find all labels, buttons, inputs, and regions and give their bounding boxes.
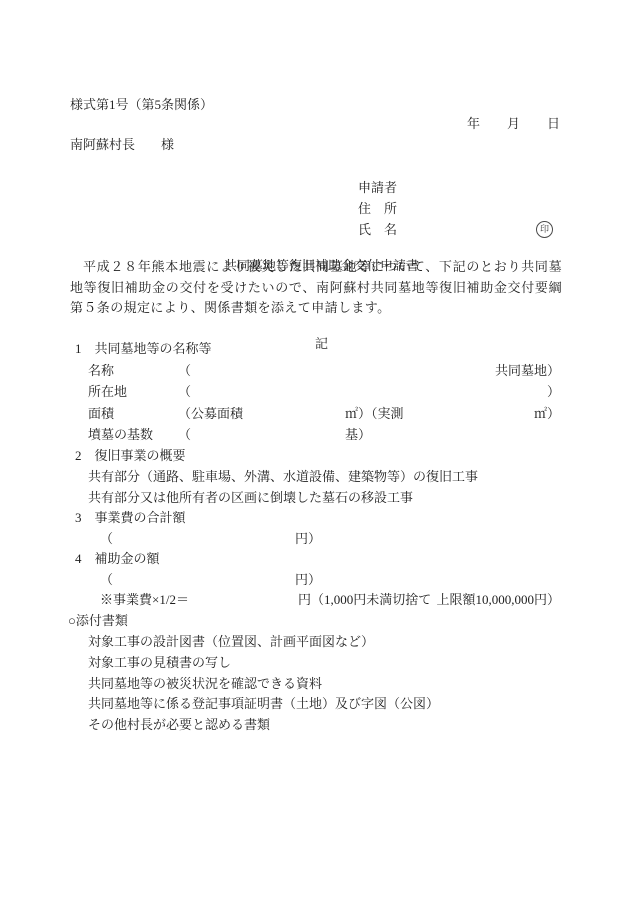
attachment-item-2-text: 対象工事の見積書の写し bbox=[88, 654, 231, 672]
graves-field-unit: 基） bbox=[345, 426, 371, 444]
attachment-item-5: その他村長が必要と認める書類 bbox=[0, 716, 630, 735]
attachment-item-4: 共同墓地等に係る登記事項証明書（土地）及び字図（公図） bbox=[0, 695, 630, 714]
section2-item-2-text: 共有部分又は他所有者の区画に倒壊した墓石の移設工事 bbox=[88, 489, 413, 507]
area-field-mid: ㎡）（実測 bbox=[345, 405, 404, 423]
attachment-item-1-text: 対象工事の設計図書（位置図、計画平面図など） bbox=[88, 633, 374, 651]
section3-unit: 円） bbox=[295, 530, 321, 548]
section4-formula: ※事業費×1/2＝ bbox=[100, 591, 189, 609]
section1-heading: 1 共同墓地等の名称等 bbox=[75, 340, 212, 358]
name-field-close: 共同墓地） bbox=[495, 362, 560, 380]
section2-item-1: 共有部分（通路、駐車場、外溝、水道設備、建築物等）の復旧工事 bbox=[0, 468, 630, 487]
field-row-area: 面積 （公募面積 ㎡）（実測 ㎡） bbox=[0, 405, 630, 424]
section4-unit: 円） bbox=[295, 571, 321, 589]
applicant-line: 申請者 bbox=[0, 179, 630, 198]
area-field-open: （公募面積 bbox=[178, 405, 243, 423]
form-number-line: 様式第1号（第5条関係） bbox=[0, 96, 630, 115]
section2-item-2: 共有部分又は他所有者の区画に倒壊した墓石の移設工事 bbox=[0, 489, 630, 508]
ki-marker: 記 bbox=[0, 317, 630, 336]
section4-formula-row: ※事業費×1/2＝ 円（1,000円未満切捨て 上限額10,000,000円） bbox=[0, 591, 630, 610]
section4-limit: 上限額10,000,000円） bbox=[436, 591, 560, 609]
section1-heading-line: 1 共同墓地等の名称等 bbox=[0, 340, 630, 359]
addressee-line: 南阿蘇村長 様 bbox=[0, 136, 630, 155]
form-number: 様式第1号（第5条関係） bbox=[70, 96, 213, 114]
section3-heading-line: 3 事業費の合計額 bbox=[0, 509, 630, 528]
attachment-item-2: 対象工事の見積書の写し bbox=[0, 654, 630, 673]
area-field-label: 面積 bbox=[88, 405, 114, 423]
field-row-name: 名称 （ 共同墓地） bbox=[0, 362, 630, 381]
date-year-label: 年 bbox=[467, 115, 480, 133]
location-field-close-paren: ） bbox=[547, 383, 560, 401]
section2-item-1-text: 共有部分（通路、駐車場、外溝、水道設備、建築物等）の復旧工事 bbox=[88, 468, 478, 486]
field-row-location: 所在地 （ ） bbox=[0, 383, 630, 402]
location-field-open-paren: （ bbox=[178, 383, 191, 401]
date-day-label: 日 bbox=[547, 115, 560, 133]
attachment-item-1: 対象工事の設計図書（位置図、計画平面図など） bbox=[0, 633, 630, 652]
attachments-heading: ○添付書類 bbox=[68, 612, 128, 630]
address-label: 住 所 bbox=[358, 200, 397, 218]
section4-heading: 4 補助金の額 bbox=[75, 550, 160, 568]
section3-open-paren: （ bbox=[100, 530, 113, 548]
document-title: 共同墓地等復旧補助金交付申請書 bbox=[0, 239, 630, 258]
date-month-label: 月 bbox=[507, 115, 520, 133]
field-row-graves: 墳墓の基数 （ 基） bbox=[0, 426, 630, 445]
section4-heading-line: 4 補助金の額 bbox=[0, 550, 630, 569]
section2-heading-line: 2 復旧事業の概要 bbox=[0, 447, 630, 466]
applicant-address-line: 住 所 bbox=[0, 200, 630, 219]
section4-open-paren: （ bbox=[100, 571, 113, 589]
graves-field-open-paren: （ bbox=[178, 426, 191, 444]
area-field-close: ㎡） bbox=[534, 405, 560, 423]
section2-heading: 2 復旧事業の概要 bbox=[75, 447, 186, 465]
section3-amount-row: （ 円） bbox=[0, 530, 630, 549]
section4-formula-unit: 円（1,000円未満切捨て bbox=[298, 591, 431, 609]
name-field-open-paren: （ bbox=[178, 362, 191, 380]
attachment-item-5-text: その他村長が必要と認める書類 bbox=[88, 716, 270, 734]
seal-mark-icon: 印 bbox=[536, 221, 553, 238]
section4-amount-row: （ 円） bbox=[0, 571, 630, 590]
location-field-label: 所在地 bbox=[88, 383, 127, 401]
attachment-item-4-text: 共同墓地等に係る登記事項証明書（土地）及び字図（公図） bbox=[88, 695, 439, 713]
graves-field-label: 墳墓の基数 bbox=[88, 426, 153, 444]
section3-heading: 3 事業費の合計額 bbox=[75, 509, 186, 527]
application-form-page: 様式第1号（第5条関係） 年 月 日 南阿蘇村長 様 申請者 住 所 氏 名 印… bbox=[0, 0, 630, 915]
date-line: 年 月 日 bbox=[467, 115, 560, 133]
attachment-item-3: 共同墓地等の被災状況を確認できる資料 bbox=[0, 675, 630, 694]
body-paragraph: 平成２８年熊本地震により被災した共同墓地等について、下記のとおり共同墓地等復旧補… bbox=[70, 257, 562, 319]
name-label: 氏 名 bbox=[358, 221, 397, 239]
addressee: 南阿蘇村長 様 bbox=[70, 136, 174, 154]
attachments-heading-line: ○添付書類 bbox=[0, 612, 630, 631]
attachment-item-3-text: 共同墓地等の被災状況を確認できる資料 bbox=[88, 675, 322, 693]
name-field-label: 名称 bbox=[88, 362, 114, 380]
applicant-label: 申請者 bbox=[358, 179, 397, 197]
